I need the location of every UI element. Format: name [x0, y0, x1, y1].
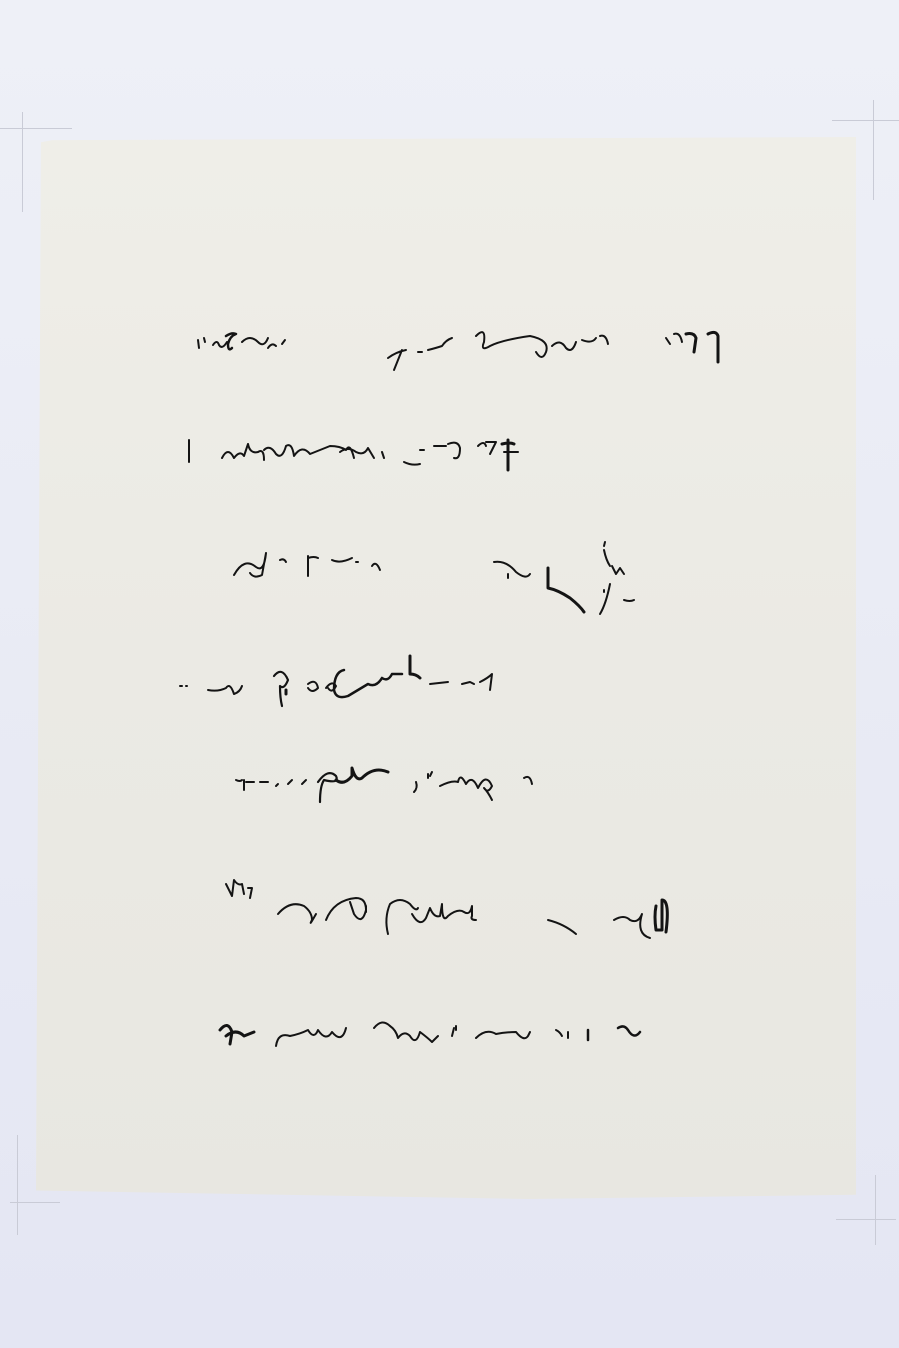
- script-line-7: [220, 1022, 640, 1046]
- asemic-calligraphy: [0, 0, 899, 1348]
- script-line-1: [198, 332, 718, 370]
- script-line-4: [180, 656, 492, 706]
- script-line-3: [234, 542, 634, 614]
- script-line-2: [189, 440, 518, 470]
- script-line-6: [226, 880, 667, 938]
- script-line-5: [236, 768, 532, 802]
